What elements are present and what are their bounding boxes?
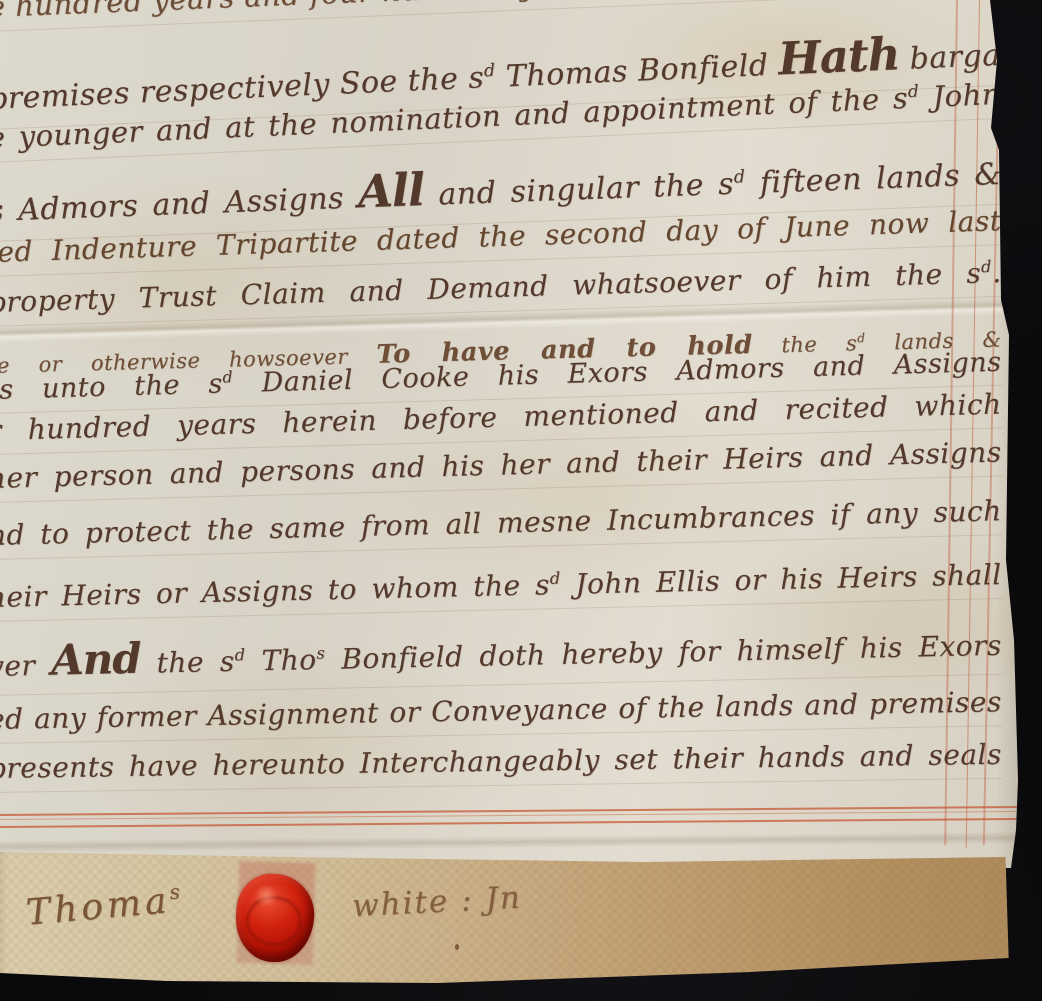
manuscript-segment: All	[357, 163, 425, 218]
manuscript-line-13: ver And the sd Thos Bonfield doth hereby…	[0, 613, 1002, 696]
manuscript-segment: d	[234, 645, 245, 664]
parchment-sheet: e hundred years and four hundred years a…	[0, 0, 1042, 868]
manuscript-segment: Tho	[245, 643, 317, 677]
manuscript-segment: e hundred years and four hundred yea	[0, 0, 573, 24]
manuscript-segment: fifteen lands &	[745, 157, 1002, 201]
manuscript-segment: ts unto the s	[0, 368, 223, 406]
manuscript-segment: .	[992, 256, 1002, 289]
manuscript-segment: Hath	[777, 27, 900, 85]
ink-dot	[455, 944, 459, 950]
manuscript-segment: Bonfield doth hereby for himself his Exo…	[325, 629, 1002, 676]
manuscript-segment: bargaind	[899, 36, 1042, 78]
deed-photo: e hundred years and four hundred years a…	[0, 0, 1042, 1001]
manuscript-segment: d	[733, 167, 745, 187]
manuscript-segment: rs and fo	[571, 0, 707, 1]
manuscript-segment: ver	[0, 649, 52, 683]
manuscript-segment: d	[857, 331, 866, 345]
manuscript-segment: ed any former Assignment or Conveyance o…	[0, 685, 1002, 736]
manuscript-line-14: ed any former Assignment or Conveyance o…	[0, 683, 1002, 743]
manuscript-segment: heir Heirs or Assigns to whom the s	[0, 568, 550, 614]
manuscript-line-15: presents have hereunto Interchangeably s…	[0, 736, 1002, 793]
manuscript-segment: John Ellis or his Heirs shall	[560, 558, 1002, 601]
manuscript-segment: s Admors and Assigns	[0, 180, 359, 229]
manuscript-segment: d	[550, 569, 561, 588]
manuscript-segment: presents have hereunto Interchangeably s…	[0, 738, 1002, 785]
manuscript-segment: nd to protect the same from all mesne In…	[0, 494, 1002, 552]
manuscript-text: e hundred years and four hundred years a…	[0, 0, 1042, 868]
manuscript-segment: d	[981, 257, 992, 276]
signature-superscript-s: s	[169, 880, 181, 904]
manuscript-segment: And	[51, 634, 142, 685]
manuscript-line-11: nd to protect the same from all mesne In…	[0, 492, 1002, 560]
manuscript-line-12: heir Heirs or Assigns to whom the sd Joh…	[0, 556, 1002, 622]
manuscript-segment: John	[919, 77, 1002, 115]
manuscript-segment: the s	[140, 645, 235, 680]
manuscript-segment: and singular the s	[424, 167, 735, 213]
